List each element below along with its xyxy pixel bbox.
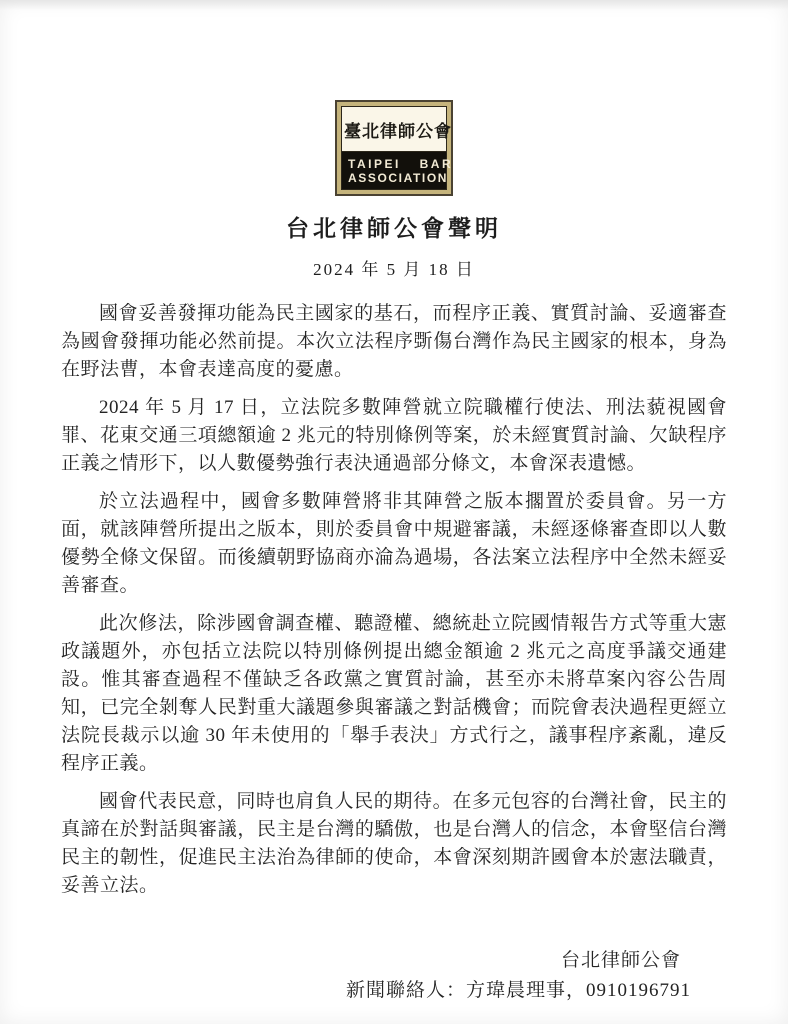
statement-title: 台北律師公會聲明 xyxy=(0,210,788,243)
statement-body: 國會妥善發揮功能為民主國家的基石，而程序正義、實質討論、妥適審查為國會發揮功能必… xyxy=(61,300,727,900)
statement-paragraph-1: 國會妥善發揮功能為民主國家的基石，而程序正義、實質討論、妥適審查為國會發揮功能必… xyxy=(61,300,727,384)
logo-chinese-name: 臺北律師公會 xyxy=(342,107,446,152)
statement-paragraph-2: 2024 年 5 月 17 日，立法院多數陣營就立院職權行使法、刑法藐視國會罪、… xyxy=(61,394,727,478)
taipei-bar-association-logo: 臺北律師公會 TAIPEI BAR ASSOCIATION xyxy=(335,0,453,196)
statement-paragraph-3: 於立法過程中，國會多數陣營將非其陣營之版本擱置於委員會。另一方面，就該陣營所提出… xyxy=(61,488,727,600)
logo-english-line2: ASSOCIATION xyxy=(348,171,442,185)
signature-contact: 新聞聯絡人：方瑋晨理事，0910196791 xyxy=(61,976,727,1006)
logo-english-name: TAIPEI BAR ASSOCIATION xyxy=(342,152,446,189)
signature-organization: 台北律師公會 xyxy=(61,946,727,976)
logo-gold-frame: 臺北律師公會 TAIPEI BAR ASSOCIATION xyxy=(335,100,453,196)
logo-english-line1: TAIPEI BAR xyxy=(348,157,442,171)
statement-document: 臺北律師公會 TAIPEI BAR ASSOCIATION 台北律師公會聲明 2… xyxy=(0,0,788,1024)
statement-paragraph-4: 此次修法，除涉國會調查權、聽證權、總統赴立院國情報告方式等重大憲政議題外，亦包括… xyxy=(61,610,727,778)
signature-block: 台北律師公會 新聞聯絡人：方瑋晨理事，0910196791 xyxy=(61,946,727,1006)
statement-paragraph-5: 國會代表民意，同時也肩負人民的期待。在多元包容的台灣社會，民主的真諦在於對話與審… xyxy=(61,788,727,900)
statement-date: 2024 年 5 月 18 日 xyxy=(0,255,788,280)
logo-inner-panel: 臺北律師公會 TAIPEI BAR ASSOCIATION xyxy=(341,106,447,190)
page-top-shadow xyxy=(0,0,788,10)
